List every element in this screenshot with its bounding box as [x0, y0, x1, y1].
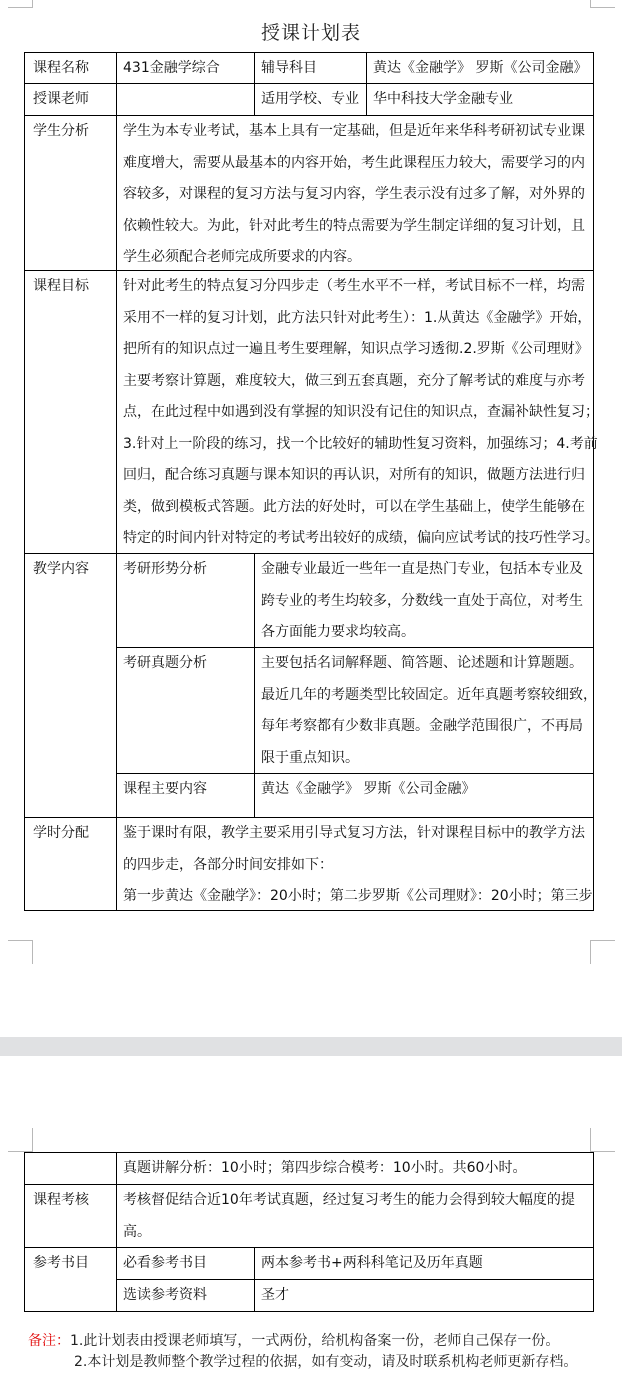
label-text: 考研真题分析	[123, 648, 248, 680]
student-analysis-value[interactable]: 学生为本专业考试，基本上具有一定基础，但是近年来华科考研初试专业课 难度增大，需…	[116, 115, 594, 271]
text-line: 难度增大，需要从最基本的内容开始，考生此课程压力较大，需要学习的内	[123, 148, 587, 180]
main-content-value[interactable]: 黄达《金融学》 罗斯《公司金融》	[254, 773, 594, 818]
remark-text: 1.此计划表由授课老师填写，一式两份，给机构备案一份，老师自己保存一份。	[70, 1333, 559, 1349]
course-goal-label: 课程目标	[24, 270, 117, 554]
student-analysis-label: 学生分析	[24, 115, 117, 271]
text-line: 考核督促结合近10年考试真题，经过复习考生的能力会得到较大幅度的提	[123, 1185, 587, 1217]
text-line: 学生为本专业考试，基本上具有一定基础，但是近年来华科考研初试专业课	[123, 116, 587, 148]
exam-situation-label: 考研形势分析	[116, 553, 255, 648]
text-line: 真题讲解分析：10小时；第四步综合模考：10小时。共60小时。	[123, 1153, 587, 1185]
text-line: 跨专业的考生均较多，分数线一直处于高位，对考生	[261, 586, 587, 618]
label-text: 辅导科目	[261, 53, 360, 85]
text-line: 点，在此过程中如遇到没有掌握的知识没有记住的知识点，查漏补缺性复习；	[123, 397, 587, 429]
text-line: 学生必须配合老师完成所要求的内容。	[123, 242, 587, 274]
exam-situation-value[interactable]: 金融专业最近一些年一直是热门专业，包括本专业及 跨专业的考生均较多，分数线一直处…	[254, 553, 594, 648]
remark-note: 备注：1.此计划表由授课老师填写，一式两份，给机构备案一份，老师自己保存一份。 …	[28, 1331, 577, 1373]
course-name-value[interactable]: 431金融学综合	[116, 52, 255, 84]
label-text: 参考书目	[33, 1248, 110, 1280]
value-text: 431金融学综合	[123, 53, 248, 85]
page-corner-mark	[8, 1128, 33, 1152]
school-label: 适用学校、专业	[254, 83, 367, 116]
page-corner-mark	[590, 0, 615, 8]
label-text: 课程名称	[33, 53, 110, 85]
remark-tag: 备注：	[28, 1333, 70, 1349]
text-line: 主要考察计算题，难度较大，做三到五套真题，充分了解考试的难度与亦考	[123, 366, 587, 398]
optional-books-label: 选读参考资料	[116, 1279, 255, 1312]
remark-line-1: 备注：1.此计划表由授课老师填写，一式两份，给机构备案一份，老师自己保存一份。	[28, 1331, 577, 1352]
value-text: 圣才	[261, 1280, 587, 1312]
teacher-value[interactable]	[116, 83, 255, 116]
past-exam-value[interactable]: 主要包括名词解释题、简答题、论述题和计算题题。 最近几年的考题类型比较固定。近年…	[254, 647, 594, 774]
page-separator	[0, 1037, 622, 1056]
label-text: 适用学校、专业	[261, 84, 360, 116]
document-title: 授课计划表	[0, 18, 622, 45]
label-text: 课程目标	[33, 271, 110, 303]
page-corner-mark	[8, 940, 33, 964]
label-text: 教学内容	[33, 554, 110, 586]
page-corner-mark	[590, 940, 615, 964]
text-line: 依赖性较大。为此，针对此考生的特点需要为学生制定详细的复习计划，且	[123, 211, 587, 243]
text-line: 第一步黄达《金融学》：20小时；第二步罗斯《公司理财》：20小时；第三步	[123, 881, 587, 913]
assessment-value[interactable]: 考核督促结合近10年考试真题，经过复习考生的能力会得到较大幅度的提 高。	[116, 1184, 594, 1248]
hours-label: 学时分配	[24, 817, 117, 911]
required-books-value[interactable]: 两本参考书+两科科笔记及历年真题	[254, 1247, 594, 1280]
text-line: 每年考察都有少数非真题。金融学范围很广，不再局	[261, 711, 587, 743]
main-content-label: 课程主要内容	[116, 773, 255, 818]
text-line: 特定的时间内针对特定的考试考出较好的成绩，偏向应试考试的技巧性学习。	[123, 523, 587, 555]
hours-continued-value[interactable]: 真题讲解分析：10小时；第四步综合模考：10小时。共60小时。	[116, 1152, 594, 1185]
text-line: 的四步走，各部分时间安排如下：	[123, 850, 587, 882]
hours-continued-label	[24, 1152, 117, 1185]
teacher-label: 授课老师	[24, 83, 117, 116]
text-line: 鉴于课时有限，教学主要采用引导式复习方法，针对课程目标中的教学方法	[123, 818, 587, 850]
label-text: 必看参考书目	[123, 1248, 248, 1280]
label-text: 考研形势分析	[123, 554, 248, 586]
teaching-content-label: 教学内容	[24, 553, 117, 818]
label-text: 课程考核	[33, 1185, 110, 1217]
label-text: 学生分析	[33, 116, 110, 148]
value-text: 黄达《金融学》 罗斯《公司金融》	[373, 53, 587, 85]
text-line: 类，做到模板式答题。此方法的好处时，可以在学生基础上，使学生能够在	[123, 492, 587, 524]
label-text: 学时分配	[33, 818, 110, 850]
text-line: 容较多，对课程的复习方法与复习内容，学生表示没有过多了解，对外界的	[123, 179, 587, 211]
page-corner-mark	[8, 0, 33, 8]
label-text: 选读参考资料	[123, 1280, 248, 1312]
optional-books-value[interactable]: 圣才	[254, 1279, 594, 1312]
school-value[interactable]: 华中科技大学金融专业	[366, 83, 594, 116]
course-name-label: 课程名称	[24, 52, 117, 84]
text-line: 高。	[123, 1217, 587, 1249]
text-line: 金融专业最近一些年一直是热门专业，包括本专业及	[261, 554, 587, 586]
subject-label: 辅导科目	[254, 52, 367, 84]
past-exam-label: 考研真题分析	[116, 647, 255, 774]
document-page-1: 授课计划表 课程名称 431金融学综合 辅导科目 黄达《金融学》 罗斯《公司金融…	[0, 0, 622, 1037]
text-line: 回归，配合练习真题与课本知识的再认识，对所有的知识，做题方法进行归	[123, 460, 587, 492]
text-line: 针对此考生的特点复习分四步走（考生水平不一样，考试目标不一样，均需	[123, 271, 587, 303]
text-line: 3.针对上一阶段的练习，找一个比较好的辅助性复习资料，加强练习；4.考前	[123, 429, 587, 461]
page-corner-mark	[590, 1128, 615, 1152]
text-line: 采用不一样的复习计划，此方法只针对此考生）：1.从黄达《金融学》开始，	[123, 303, 587, 335]
label-text: 授课老师	[33, 84, 110, 116]
value-text: 两本参考书+两科科笔记及历年真题	[261, 1248, 587, 1280]
text-line: 把所有的知识点过一遍且考生要理解，知识点学习透彻.2.罗斯《公司理财》	[123, 334, 587, 366]
text-line: 最近几年的考题类型比较固定。近年真题考察较细致，	[261, 680, 587, 712]
text-line: 黄达《金融学》 罗斯《公司金融》	[261, 774, 587, 806]
assessment-label: 课程考核	[24, 1184, 117, 1248]
remark-line-2: 2.本计划是教师整个教学过程的依据，如有变动，请及时联系机构老师更新存档。	[28, 1352, 577, 1373]
text-line: 限于重点知识。	[261, 743, 587, 775]
subject-value[interactable]: 黄达《金融学》 罗斯《公司金融》	[366, 52, 594, 84]
label-text: 课程主要内容	[123, 774, 248, 806]
required-books-label: 必看参考书目	[116, 1247, 255, 1280]
course-goal-value[interactable]: 针对此考生的特点复习分四步走（考生水平不一样，考试目标不一样，均需 采用不一样的…	[116, 270, 594, 554]
value-text: 华中科技大学金融专业	[373, 84, 587, 116]
text-line: 主要包括名词解释题、简答题、论述题和计算题题。	[261, 648, 587, 680]
hours-value[interactable]: 鉴于课时有限，教学主要采用引导式复习方法，针对课程目标中的教学方法 的四步走，各…	[116, 817, 594, 911]
references-label: 参考书目	[24, 1247, 117, 1312]
text-line: 各方面能力要求均较高。	[261, 617, 587, 649]
